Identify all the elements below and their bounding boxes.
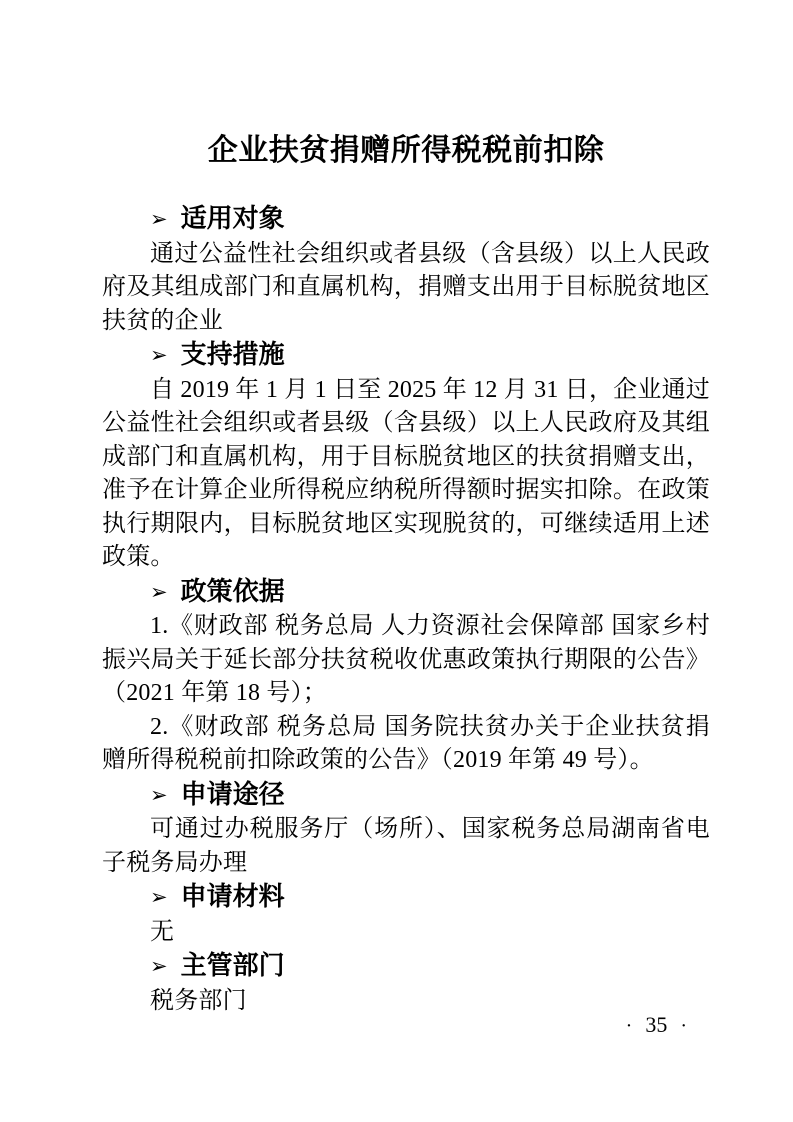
paragraph-application-channels: 可通过办税服务厅（场所）、国家税务总局湖南省电子税务局办理 — [102, 813, 710, 880]
arrowhead-bullet-icon: ➢ — [150, 950, 168, 984]
section-header-support-measures: ➢ 支持措施 — [102, 338, 710, 374]
page-number-left-dot: · — [626, 1015, 633, 1037]
section-header-policy-basis: ➢ 政策依据 — [102, 575, 710, 611]
page-number-right-dot: · — [680, 1015, 687, 1037]
arrowhead-bullet-icon: ➢ — [150, 881, 168, 915]
page-number-value: 35 — [645, 1012, 667, 1037]
section-header-label: 适用对象 — [181, 202, 285, 236]
paragraph-competent-department: 税务部门 — [102, 985, 710, 1019]
paragraph-support-measures: 自 2019 年 1 月 1 日至 2025 年 12 月 31 日，企业通过公… — [102, 374, 710, 575]
section-header-label: 申请材料 — [181, 880, 285, 914]
paragraph-policy-basis-item-2: 2.《财政部 税务总局 国务院扶贫办关于企业扶贫捐赠所得税税前扣除政策的公告》（… — [102, 711, 710, 778]
section-header-label: 主管部门 — [181, 949, 285, 983]
arrowhead-bullet-icon: ➢ — [150, 576, 168, 610]
section-header-eligible-entities: ➢ 适用对象 — [102, 202, 710, 238]
document-page: 企业扶贫捐赠所得税税前扣除 ➢ 适用对象 通过公益性社会组织或者县级（含县级）以… — [0, 0, 793, 1122]
arrowhead-bullet-icon: ➢ — [150, 779, 168, 813]
section-header-label: 政策依据 — [181, 575, 285, 609]
paragraph-eligible-entities: 通过公益性社会组织或者县级（含县级）以上人民政府及其组成部门和直属机构，捐赠支出… — [102, 238, 710, 339]
section-header-application-channels: ➢ 申请途径 — [102, 778, 710, 814]
paragraph-application-materials: 无 — [102, 916, 710, 950]
page-title: 企业扶贫捐赠所得税税前扣除 — [102, 131, 710, 171]
page-number: ·35· — [626, 1012, 687, 1039]
section-header-application-materials: ➢ 申请材料 — [102, 880, 710, 916]
section-header-label: 申请途径 — [181, 778, 285, 812]
paragraph-policy-basis-item-1: 1.《财政部 税务总局 人力资源社会保障部 国家乡村振兴局关于延长部分扶贫税收优… — [102, 610, 710, 711]
document-content: 企业扶贫捐赠所得税税前扣除 ➢ 适用对象 通过公益性社会组织或者县级（含县级）以… — [102, 131, 710, 1018]
section-header-label: 支持措施 — [181, 338, 285, 372]
arrowhead-bullet-icon: ➢ — [150, 203, 168, 237]
arrowhead-bullet-icon: ➢ — [150, 339, 168, 373]
section-header-competent-department: ➢ 主管部门 — [102, 949, 710, 985]
